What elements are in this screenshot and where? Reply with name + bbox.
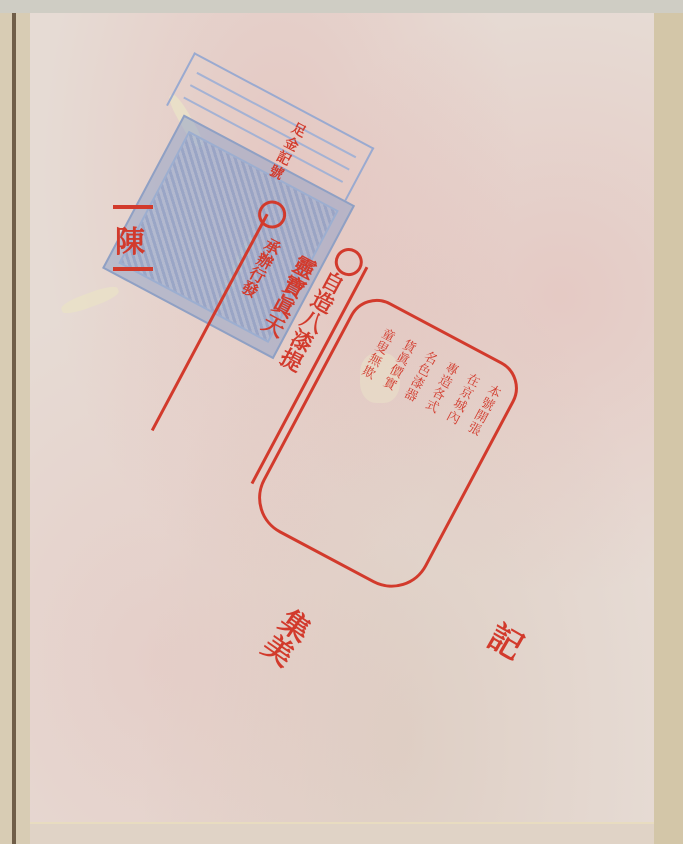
seal-bar bbox=[113, 267, 153, 271]
seal-glyph: 陳 bbox=[115, 217, 145, 261]
paper-tear bbox=[59, 283, 120, 317]
binding-fold-line bbox=[12, 13, 16, 844]
square-red-seal: 陳 bbox=[113, 205, 153, 275]
right-margin-strip bbox=[654, 13, 683, 844]
top-border-band bbox=[0, 0, 683, 13]
bottom-margin-strip bbox=[30, 822, 654, 844]
seal-bar bbox=[113, 205, 153, 209]
